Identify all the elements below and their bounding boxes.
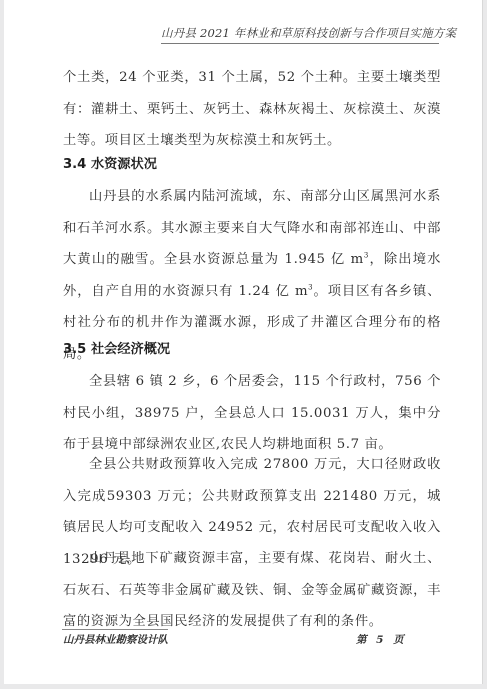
- page-header: 山丹县 2021 年林业和草原科技创新与合作项目实施方案: [161, 24, 439, 44]
- section-3-5-heading: 3.5 社会经济概况: [63, 340, 170, 360]
- section-3-4-heading: 3.4 水资源状况: [63, 155, 157, 175]
- section-3-5-paragraph-3: 山丹县地下矿藏资源丰富，主要有煤、花岗岩、耐火土、石灰石、石英等非金属矿藏及铁、…: [63, 543, 441, 638]
- footer-divider: [62, 629, 168, 630]
- section-3-5-paragraph-1: 全县辖 6 镇 2 乡，6 个居委会，115 个行政村，756 个村民小组，38…: [63, 366, 441, 461]
- document-page: 山丹县 2021 年林业和草原科技创新与合作项目实施方案 个土类，24 个亚类，…: [4, 0, 483, 684]
- footer-page-number: 第 5 页: [356, 632, 404, 647]
- intro-paragraph: 个土类，24 个亚类，31 个土属，52 个土种。主要土壤类型有：灌耕土、栗钙土…: [63, 62, 441, 157]
- footer-organization: 山丹县林业勘察设计队: [63, 632, 168, 647]
- header-title: 山丹县 2021 年林业和草原科技创新与合作项目实施方案: [161, 26, 456, 40]
- intro-block: 个土类，24 个亚类，31 个土属，52 个土种。主要土壤类型有：灌耕土、栗钙土…: [63, 62, 441, 157]
